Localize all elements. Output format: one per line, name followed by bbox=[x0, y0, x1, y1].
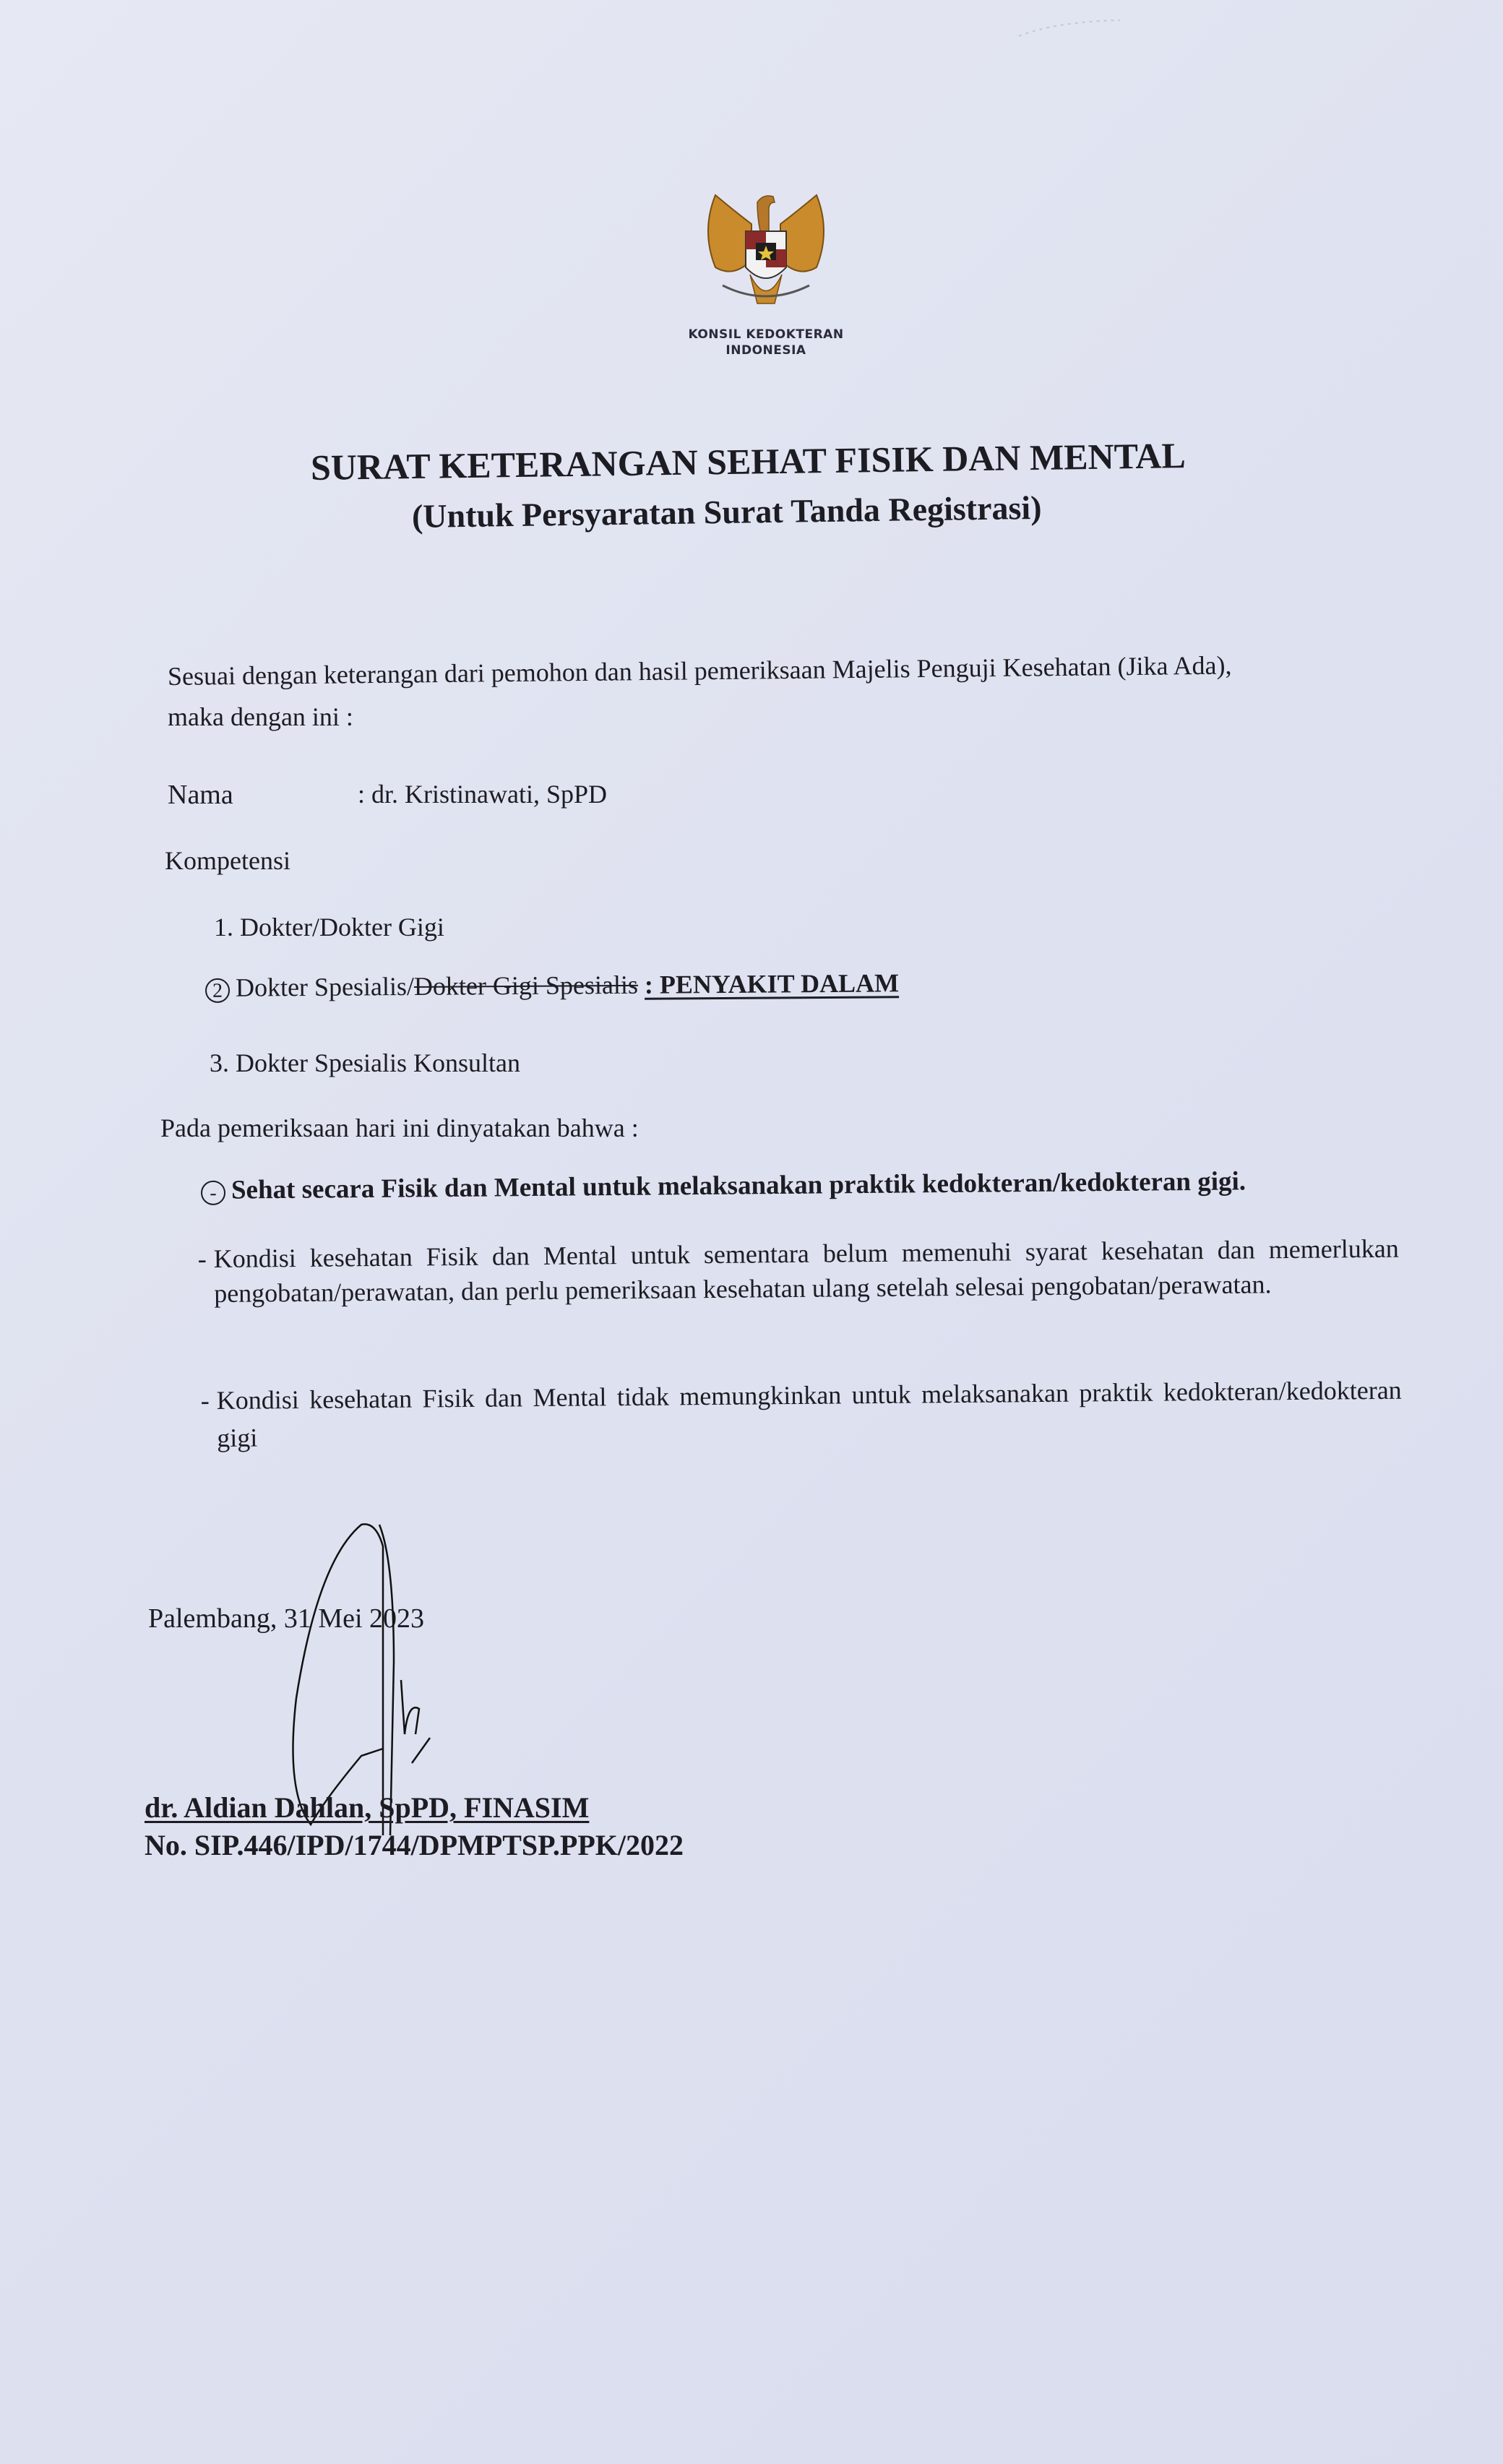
statement-intro: Pada pemeriksaan hari ini dinyatakan bah… bbox=[160, 1113, 639, 1143]
circled-selection-icon: 2 bbox=[205, 978, 230, 1002]
circled-selection-icon: - bbox=[201, 1180, 225, 1205]
statement-option-3: - Kondisi kesehatan Fisik dan Mental tid… bbox=[217, 1371, 1403, 1457]
nama-label: Nama bbox=[168, 779, 233, 811]
option-text: Kondisi kesehatan Fisik dan Mental tidak… bbox=[217, 1371, 1403, 1457]
intro-line-2: maka dengan ini : bbox=[168, 699, 353, 734]
option-text: Kondisi kesehatan Fisik dan Mental untuk… bbox=[214, 1231, 1400, 1311]
organization-line-2: INDONESIA bbox=[679, 343, 853, 358]
statement-option-2: - Kondisi kesehatan Fisik dan Mental unt… bbox=[214, 1231, 1400, 1311]
item-text: Dokter Spesialis Konsultan bbox=[236, 1048, 520, 1077]
garuda-emblem-icon bbox=[694, 181, 838, 318]
organization-line-1: KONSIL KEDOKTERAN bbox=[679, 327, 853, 343]
item-number: 3. bbox=[210, 1048, 229, 1077]
item-number: 1. bbox=[214, 913, 233, 942]
kompetensi-item-3: 3. Dokter Spesialis Konsultan bbox=[210, 1048, 520, 1078]
specialty-value: : PENYAKIT DALAM bbox=[645, 968, 899, 999]
handwritten-signature-icon bbox=[275, 1517, 477, 1835]
kompetensi-item-2: 2Dokter Spesialis/Dokter Gigi Spesialis … bbox=[205, 968, 899, 1003]
item-text: Dokter Spesialis/ bbox=[236, 972, 414, 1002]
item-text: Dokter/Dokter Gigi bbox=[240, 913, 444, 942]
signer-name: dr. Aldian Dahlan, SpPD, FINASIM bbox=[145, 1791, 589, 1825]
bullet-marker: - bbox=[201, 1382, 210, 1419]
option-text: Sehat secara Fisik dan Mental untuk mela… bbox=[231, 1166, 1246, 1205]
struck-text: Dokter Gigi Spesialis bbox=[414, 970, 638, 1001]
kompetensi-item-1: 1. Dokter/Dokter Gigi bbox=[214, 912, 444, 942]
bullet-marker: - bbox=[198, 1241, 207, 1276]
intro-line-1: Sesuai dengan keterangan dari pemohon da… bbox=[168, 648, 1232, 694]
faint-mark-icon bbox=[1012, 14, 1127, 43]
sip-number: No. SIP.446/IPD/1744/DPMPTSP.PPK/2022 bbox=[145, 1828, 684, 1862]
kompetensi-label: Kompetensi bbox=[165, 845, 290, 876]
document-page: KONSIL KEDOKTERAN INDONESIA SURAT KETERA… bbox=[0, 0, 1503, 2464]
document-title: SURAT KETERANGAN SEHAT FISIK DAN MENTAL bbox=[311, 434, 1187, 488]
statement-option-1: -Sehat secara Fisik dan Mental untuk mel… bbox=[201, 1166, 1246, 1206]
organization-name: KONSIL KEDOKTERAN INDONESIA bbox=[679, 327, 853, 358]
document-subtitle: (Untuk Persyaratan Surat Tanda Registras… bbox=[412, 488, 1042, 535]
nama-value: : dr. Kristinawati, SpPD bbox=[358, 779, 607, 809]
